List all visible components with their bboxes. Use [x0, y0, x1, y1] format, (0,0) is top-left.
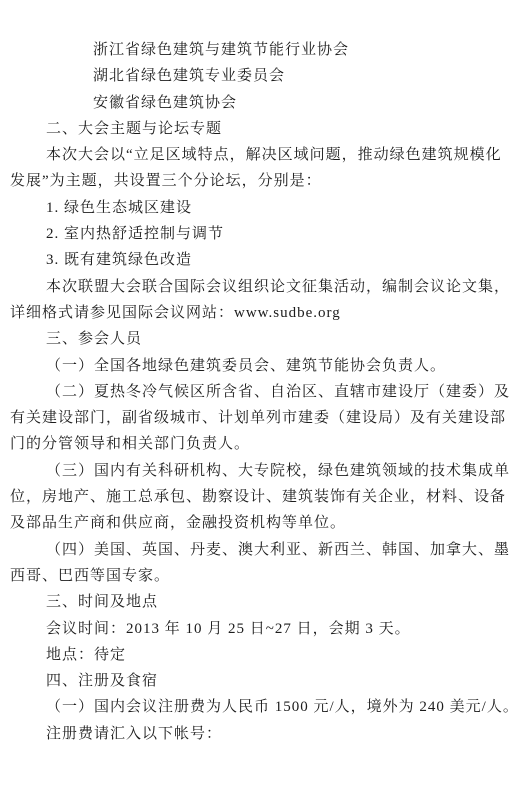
- text-line: （二）夏热冬冷气候区所含省、自治区、直辖市建设厅（建委）及: [10, 379, 510, 405]
- text-line: （三）国内有关科研机构、大专院校，绿色建筑领域的技术集成单: [10, 458, 510, 484]
- text-line: 湖北省绿色建筑专业委员会: [10, 63, 510, 89]
- text-line: 3. 既有建筑绿色改造: [10, 247, 510, 273]
- text-line: 会议时间：2013 年 10 月 25 日~27 日，会期 3 天。: [10, 616, 510, 642]
- text-line: 四、注册及食宿: [10, 668, 510, 694]
- text-line: 西哥、巴西等国专家。: [10, 563, 510, 589]
- text-line: 二、大会主题与论坛专题: [10, 116, 510, 142]
- text-line: 三、参会人员: [10, 326, 510, 352]
- text-line: （一）全国各地绿色建筑委员会、建筑节能协会负责人。: [10, 353, 510, 379]
- text-line: 详细格式请参见国际会议网站：www.sudbe.org: [10, 300, 510, 326]
- text-line: 安徽省绿色建筑协会: [10, 90, 510, 116]
- document-page: 浙江省绿色建筑与建筑节能行业协会湖北省绿色建筑专业委员会安徽省绿色建筑协会二、大…: [0, 0, 524, 799]
- document-text-block: 浙江省绿色建筑与建筑节能行业协会湖北省绿色建筑专业委员会安徽省绿色建筑协会二、大…: [10, 37, 510, 747]
- text-line: 有关建设部门，副省级城市、计划单列市建委（建设局）及有关建设部: [10, 405, 510, 431]
- text-line: 位，房地产、施工总承包、勘察设计、建筑装饰有关企业，材料、设备: [10, 484, 510, 510]
- text-line: 注册费请汇入以下帐号：: [10, 721, 510, 747]
- text-line: 及部品生产商和供应商，金融投资机构等单位。: [10, 510, 510, 536]
- text-line: 2. 室内热舒适控制与调节: [10, 221, 510, 247]
- text-line: 1. 绿色生态城区建设: [10, 195, 510, 221]
- text-line: 门的分管领导和相关部门负责人。: [10, 431, 510, 457]
- text-line: 本次联盟大会联合国际会议组织论文征集活动，编制会议论文集，: [10, 274, 510, 300]
- text-line: （四）美国、英国、丹麦、澳大利亚、新西兰、韩国、加拿大、墨: [10, 537, 510, 563]
- text-line: 本次大会以“立足区域特点，解决区域问题，推动绿色建筑规模化: [10, 142, 510, 168]
- text-line: 三、时间及地点: [10, 589, 510, 615]
- text-line: 地点：待定: [10, 642, 510, 668]
- text-line: 浙江省绿色建筑与建筑节能行业协会: [10, 37, 510, 63]
- text-line: （一）国内会议注册费为人民币 1500 元/人，境外为 240 美元/人。: [10, 694, 510, 720]
- text-line: 发展”为主题，共设置三个分论坛，分别是：: [10, 168, 510, 194]
